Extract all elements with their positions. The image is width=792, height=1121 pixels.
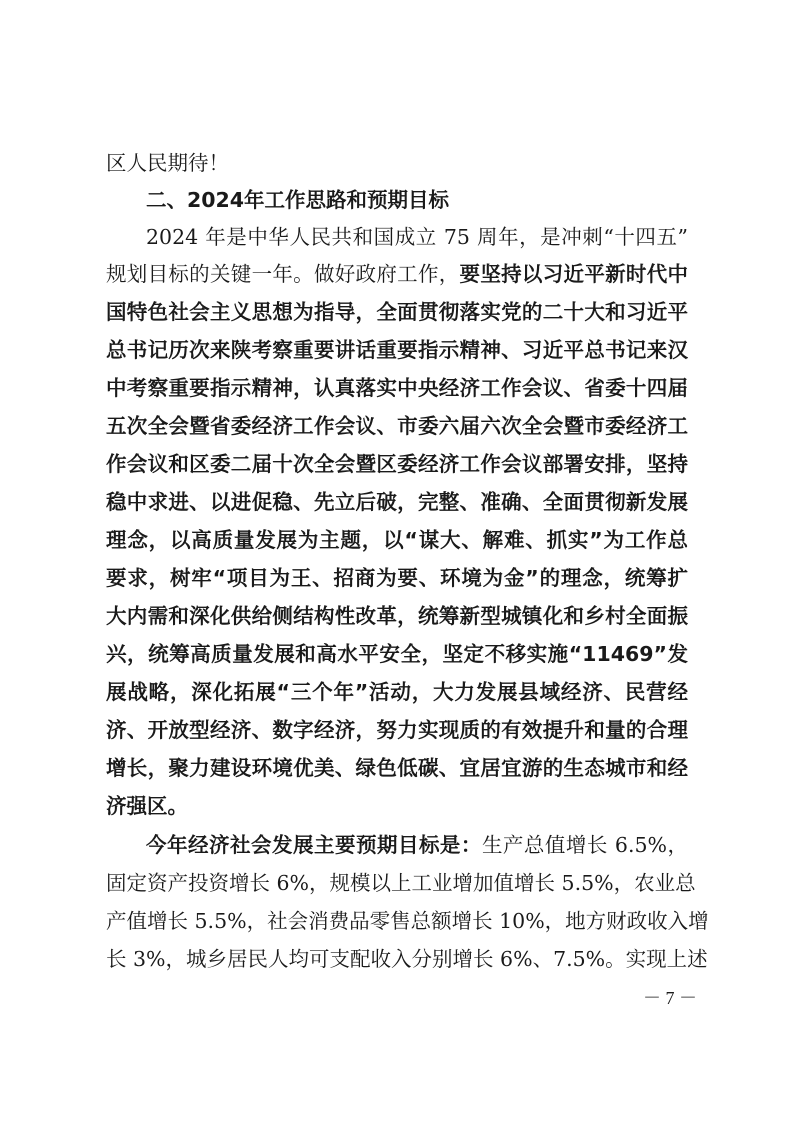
- paragraph-line: 固定资产投资增长 6%，规模以上工业增加值增长 5.5%，农业总: [106, 868, 688, 898]
- text-run-regular: 生产总值增长 6.5%，: [482, 833, 688, 857]
- paragraph-line: 作会议和区委二届十次全会暨区委经济工作会议部署安排，坚持: [106, 449, 688, 479]
- paragraph-line: 2024 年是中华人民共和国成立 75 周年，是冲刺“十四五”: [146, 222, 688, 252]
- paragraph-line: 产值增长 5.5%，社会消费品零售总额增长 10%，地方财政收入增: [106, 906, 688, 936]
- text-run-emphasis: 要坚持以习近平新时代中: [460, 262, 688, 286]
- paragraph-line: 要求，树牢“项目为王、招商为要、环境为金”的理念，统筹扩: [106, 563, 688, 593]
- paragraph-line: 长 3%，城乡居民人均可支配收入分别增长 6%、7.5%。实现上述: [106, 944, 688, 974]
- paragraph-line: 国特色社会主义思想为指导，全面贯彻落实党的二十大和习近平: [106, 297, 688, 327]
- paragraph-line: 兴，统筹高质量发展和高水平安全，坚定不移实施“11469”发: [106, 639, 688, 669]
- page-number: － 7 －: [640, 986, 700, 1010]
- paragraph-line: 规划目标的关键一年。做好政府工作，要坚持以习近平新时代中: [106, 259, 688, 289]
- paragraph-line-closing: 区人民期待！: [106, 148, 688, 178]
- paragraph-line: 增长，聚力建设环境优美、绿色低碳、宜居宜游的生态城市和经: [106, 753, 688, 783]
- paragraph-line: 中考察重要指示精神，认真落实中央经济工作会议、省委十四届: [106, 373, 688, 403]
- document-page: 区人民期待！ 二、2024年工作思路和预期目标 2024 年是中华人民共和国成立…: [0, 0, 792, 1121]
- paragraph-line: 展战略，深化拓展“三个年”活动，大力发展县域经济、民营经: [106, 677, 688, 707]
- paragraph-line: 总书记历次来陕考察重要讲话重要指示精神、习近平总书记来汉: [106, 335, 688, 365]
- paragraph-line: 济、开放型经济、数字经济，努力实现质的有效提升和量的合理: [106, 715, 688, 745]
- targets-lead-in: 今年经济社会发展主要预期目标是：: [146, 833, 482, 857]
- paragraph-line: 理念，以高质量发展为主题，以“谋大、解难、抓实”为工作总: [106, 525, 688, 555]
- paragraph-line: 大内需和深化供给侧结构性改革，统筹新型城镇化和乡村全面振: [106, 601, 688, 631]
- section-heading: 二、2024年工作思路和预期目标: [146, 185, 688, 215]
- text-run-regular: 规划目标的关键一年。做好政府工作，: [106, 262, 460, 286]
- paragraph-line: 五次全会暨省委经济工作会议、市委六届六次全会暨市委经济工: [106, 411, 688, 441]
- paragraph-line-end: 济强区。: [106, 791, 688, 821]
- paragraph-line: 稳中求进、以进促稳、先立后破，完整、准确、全面贯彻新发展: [106, 487, 688, 517]
- targets-paragraph-line: 今年经济社会发展主要预期目标是：生产总值增长 6.5%，: [146, 830, 688, 860]
